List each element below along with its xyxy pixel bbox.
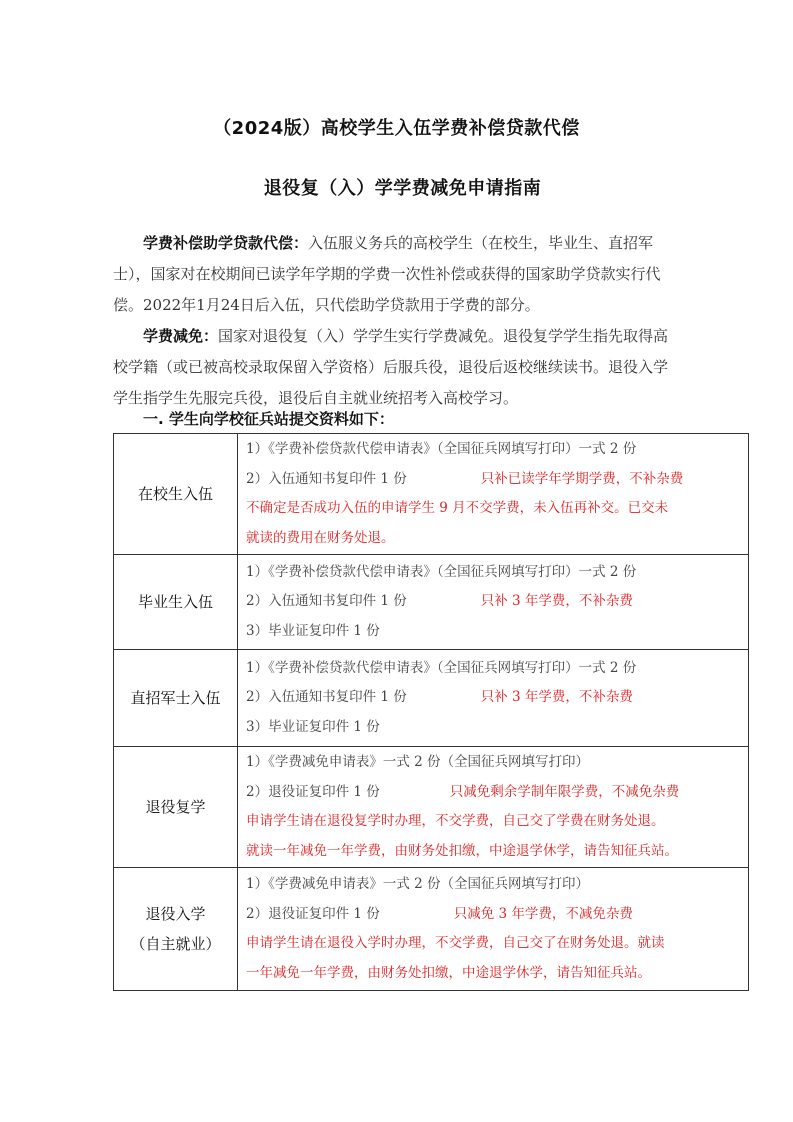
section-heading: 一. 学生向学校征兵站提交资料如下： [143, 408, 394, 429]
items-cell: 1）《学费补偿贷款代偿申请表》（全国征兵网填写打印）一式 2 份 2）入伍通知书… [238, 650, 749, 747]
category-cell: 退役入学 （自主就业） [114, 868, 238, 991]
category-cell: 毕业生入伍 [114, 555, 238, 650]
item-text: 1）《学费减免申请表》一式 2 份（全国征兵网填写打印） [246, 876, 589, 892]
item-line: 2）入伍通知书复印件 1 份只补 3 年学费，不补杂费 [246, 683, 740, 713]
category-sublabel: （自主就业） [114, 929, 237, 959]
item-note-line: 就读的费用在财务处退。 [246, 524, 740, 554]
item-text: 1）《学费减免申请表》一式 2 份（全国征兵网填写打印） [246, 754, 589, 770]
items-cell: 1）《学费减免申请表》一式 2 份（全国征兵网填写打印） 2）退役证复印件 1 … [238, 747, 749, 868]
category-label: 毕业生入伍 [138, 593, 213, 611]
item-text: 1）《学费补偿贷款代偿申请表》（全国征兵网填写打印）一式 2 份 [246, 564, 636, 580]
category-label: 退役入学 [114, 899, 237, 929]
category-label: 直招军士入伍 [130, 689, 220, 707]
item-line: 1）《学费补偿贷款代偿申请表》（全国征兵网填写打印）一式 2 份 [246, 654, 740, 684]
category-label: 退役复学 [145, 798, 205, 816]
category-cell: 直招军士入伍 [114, 650, 238, 747]
category-cell: 在校生入伍 [114, 434, 238, 555]
item-line: 3）毕业证复印件 1 份 [246, 617, 740, 647]
items-cell: 1）《学费补偿贷款代偿申请表》（全国征兵网填写打印）一式 2 份 2）入伍通知书… [238, 434, 749, 555]
item-note-line: 不确定是否成功入伍的申请学生 9 月不交学费，未入伍再补交。已交未 [246, 494, 740, 524]
table-row: 直招军士入伍 1）《学费补偿贷款代偿申请表》（全国征兵网填写打印）一式 2 份 … [114, 650, 749, 747]
category-cell: 退役复学 [114, 747, 238, 868]
item-line: 1）《学费补偿贷款代偿申请表》（全国征兵网填写打印）一式 2 份 [246, 558, 740, 588]
item-line: 2）入伍通知书复印件 1 份只补 3 年学费，不补杂费 [246, 587, 740, 617]
items-cell: 1）《学费减免申请表》一式 2 份（全国征兵网填写打印） 2）退役证复印件 1 … [238, 868, 749, 991]
item-line: 3）毕业证复印件 1 份 [246, 713, 740, 743]
item-note: 只减免剩余学制年限学费，不减免杂费 [450, 784, 680, 800]
item-line: 1）《学费减免申请表》一式 2 份（全国征兵网填写打印） [246, 748, 740, 778]
paragraph-tuition-compensation: 学费补偿助学贷款代偿：入伍服义务兵的高校学生（在校生，毕业生、直招军士），国家对… [113, 228, 673, 321]
paragraph-tuition-waiver: 学费减免：国家对退役复（入）学学生实行学费减免。退役复学学生指先取得高校学籍（或… [113, 321, 673, 414]
item-text: 2）入伍通知书复印件 1 份 [246, 689, 407, 705]
item-line: 1）《学费减免申请表》一式 2 份（全国征兵网填写打印） [246, 870, 740, 900]
document-subtitle: 退役复（入）学学费减免申请指南 [6, 174, 793, 200]
item-note-line: 一年减免一年学费，由财务处扣缴，中途退学休学，请告知征兵站。 [246, 959, 740, 989]
item-text: 1）《学费补偿贷款代偿申请表》（全国征兵网填写打印）一式 2 份 [246, 660, 636, 676]
table-row: 在校生入伍 1）《学费补偿贷款代偿申请表》（全国征兵网填写打印）一式 2 份 2… [114, 434, 749, 555]
item-note: 只补 3 年学费，不补杂费 [481, 689, 633, 705]
item-text: 2）退役证复印件 1 份 [246, 784, 380, 800]
item-line: 2）退役证复印件 1 份只减免 3 年学费，不减免杂费 [246, 900, 740, 930]
items-cell: 1）《学费补偿贷款代偿申请表》（全国征兵网填写打印）一式 2 份 2）入伍通知书… [238, 555, 749, 650]
item-note-line: 申请学生请在退役复学时办理，不交学费，自己交了学费在财务处退。 [246, 807, 740, 837]
document-title: （2024版）高校学生入伍学费补偿贷款代偿 [0, 114, 793, 140]
item-note: 只补 3 年学费，不补杂费 [481, 593, 633, 609]
table-row: 毕业生入伍 1）《学费补偿贷款代偿申请表》（全国征兵网填写打印）一式 2 份 2… [114, 555, 749, 650]
item-note-line: 申请学生请在退役入学时办理，不交学费，自己交了在财务处退。就读 [246, 929, 740, 959]
item-text: 2）入伍通知书复印件 1 份 [246, 471, 407, 487]
item-note-line: 就读一年减免一年学费，由财务处扣缴，中途退学休学，请告知征兵站。 [246, 837, 740, 867]
paragraph-lead: 学费减免： [143, 327, 218, 345]
item-line: 2）退役证复印件 1 份只减免剩余学制年限学费，不减免杂费 [246, 778, 740, 808]
table-row: 退役复学 1）《学费减免申请表》一式 2 份（全国征兵网填写打印） 2）退役证复… [114, 747, 749, 868]
item-text: 3）毕业证复印件 1 份 [246, 623, 380, 639]
item-text: 2）入伍通知书复印件 1 份 [246, 593, 407, 609]
table-row: 退役入学 （自主就业） 1）《学费减免申请表》一式 2 份（全国征兵网填写打印）… [114, 868, 749, 991]
item-text: 1）《学费补偿贷款代偿申请表》（全国征兵网填写打印）一式 2 份 [246, 441, 636, 457]
item-note: 只补已读学年学期学费，不补杂费 [481, 471, 684, 487]
paragraph-lead: 学费补偿助学贷款代偿： [143, 234, 308, 252]
item-line: 2）入伍通知书复印件 1 份只补已读学年学期学费，不补杂费 [246, 465, 740, 495]
item-text: 3）毕业证复印件 1 份 [246, 719, 380, 735]
item-note: 只减免 3 年学费，不减免杂费 [454, 906, 633, 922]
required-documents-table: 在校生入伍 1）《学费补偿贷款代偿申请表》（全国征兵网填写打印）一式 2 份 2… [113, 433, 749, 991]
item-text: 2）退役证复印件 1 份 [246, 906, 380, 922]
category-label: 在校生入伍 [138, 485, 213, 503]
item-line: 1）《学费补偿贷款代偿申请表》（全国征兵网填写打印）一式 2 份 [246, 435, 740, 465]
